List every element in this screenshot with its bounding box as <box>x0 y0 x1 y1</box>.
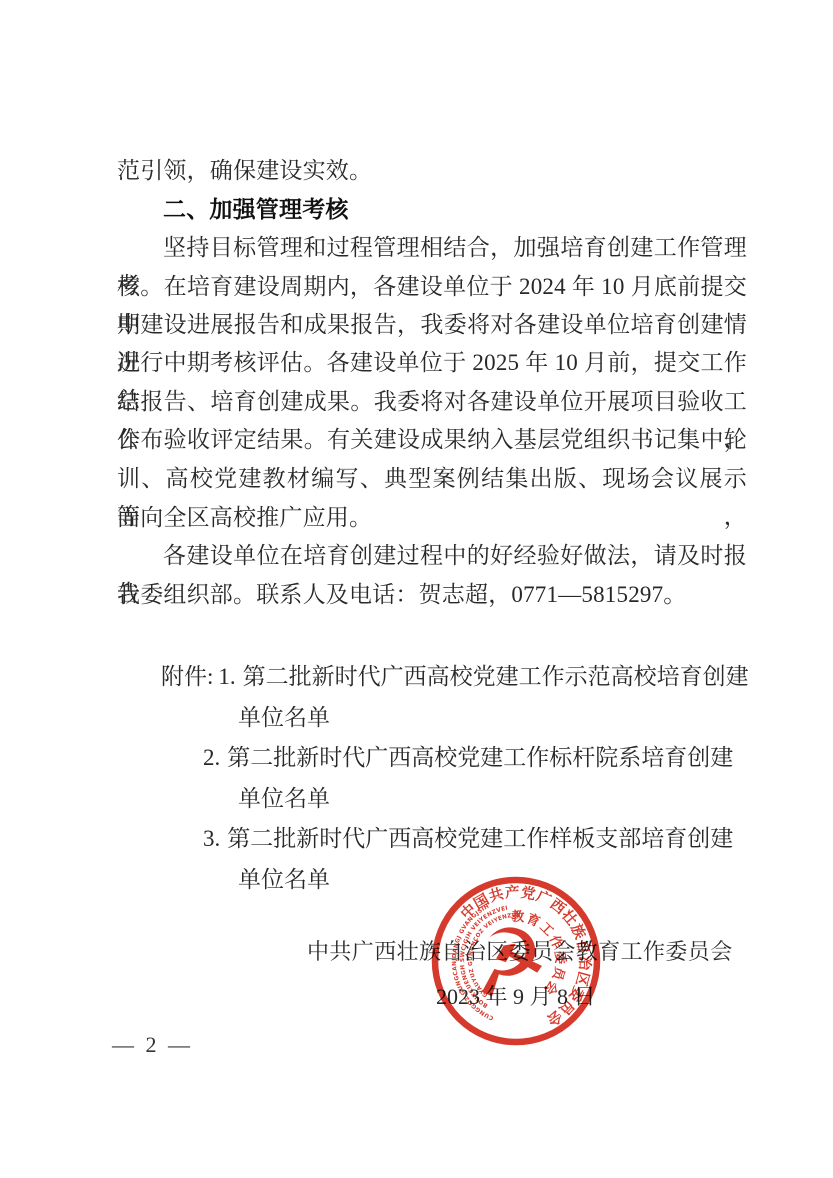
body-line: 范引领，确保建设实效。 <box>117 152 747 190</box>
body-line: 公布验收评定结果。有关建设成果纳入基层党组织书记集中轮 <box>117 421 747 459</box>
attachment-item-1-cont: 单位名单 <box>238 699 330 737</box>
attachment-title: 第二批新时代广西高校党建工作样板支部培育创建 <box>227 826 733 851</box>
page-number: — 2 — <box>112 1032 193 1058</box>
attachment-title-cont: 单位名单 <box>238 867 330 892</box>
document-page: 范引领，确保建设实效。 二、加强管理考核 坚持目标管理和过程管理相结合，加强培育… <box>0 0 833 1178</box>
attachment-number: 3. <box>203 826 220 851</box>
attachment-item-1: 附件:1.第二批新时代广西高校党建工作示范高校培育创建 <box>161 658 749 696</box>
body-line: 面向全区高校推广应用。 <box>117 499 747 537</box>
attachment-item-3-cont: 单位名单 <box>238 861 330 899</box>
attachment-title: 第二批新时代广西高校党建工作示范高校培育创建 <box>243 664 749 689</box>
attachment-item-2-cont: 单位名单 <box>238 780 330 818</box>
attachment-title-cont: 单位名单 <box>238 705 330 730</box>
attachment-title-cont: 单位名单 <box>238 786 330 811</box>
attachment-item-3: 3.第二批新时代广西高校党建工作样板支部培育创建 <box>203 820 733 858</box>
section-heading: 二、加强管理考核 <box>117 190 747 228</box>
attachment-title: 第二批新时代广西高校党建工作标杆院系培育创建 <box>227 745 733 770</box>
attachment-number: 2. <box>203 745 220 770</box>
issuer-name: 中共广西壮族自治区委员会教育工作委员会 <box>307 935 733 969</box>
attachments-label: 附件: <box>161 664 213 689</box>
attachment-item-2: 2.第二批新时代广西高校党建工作标杆院系培育创建 <box>203 739 733 777</box>
attachment-number: 1. <box>218 664 235 689</box>
issue-date: 2023 年 9 月 8 日 <box>436 980 596 1014</box>
contact-line: 我委组织部。联系人及电话：贺志超，0771—5815297。 <box>117 576 747 614</box>
